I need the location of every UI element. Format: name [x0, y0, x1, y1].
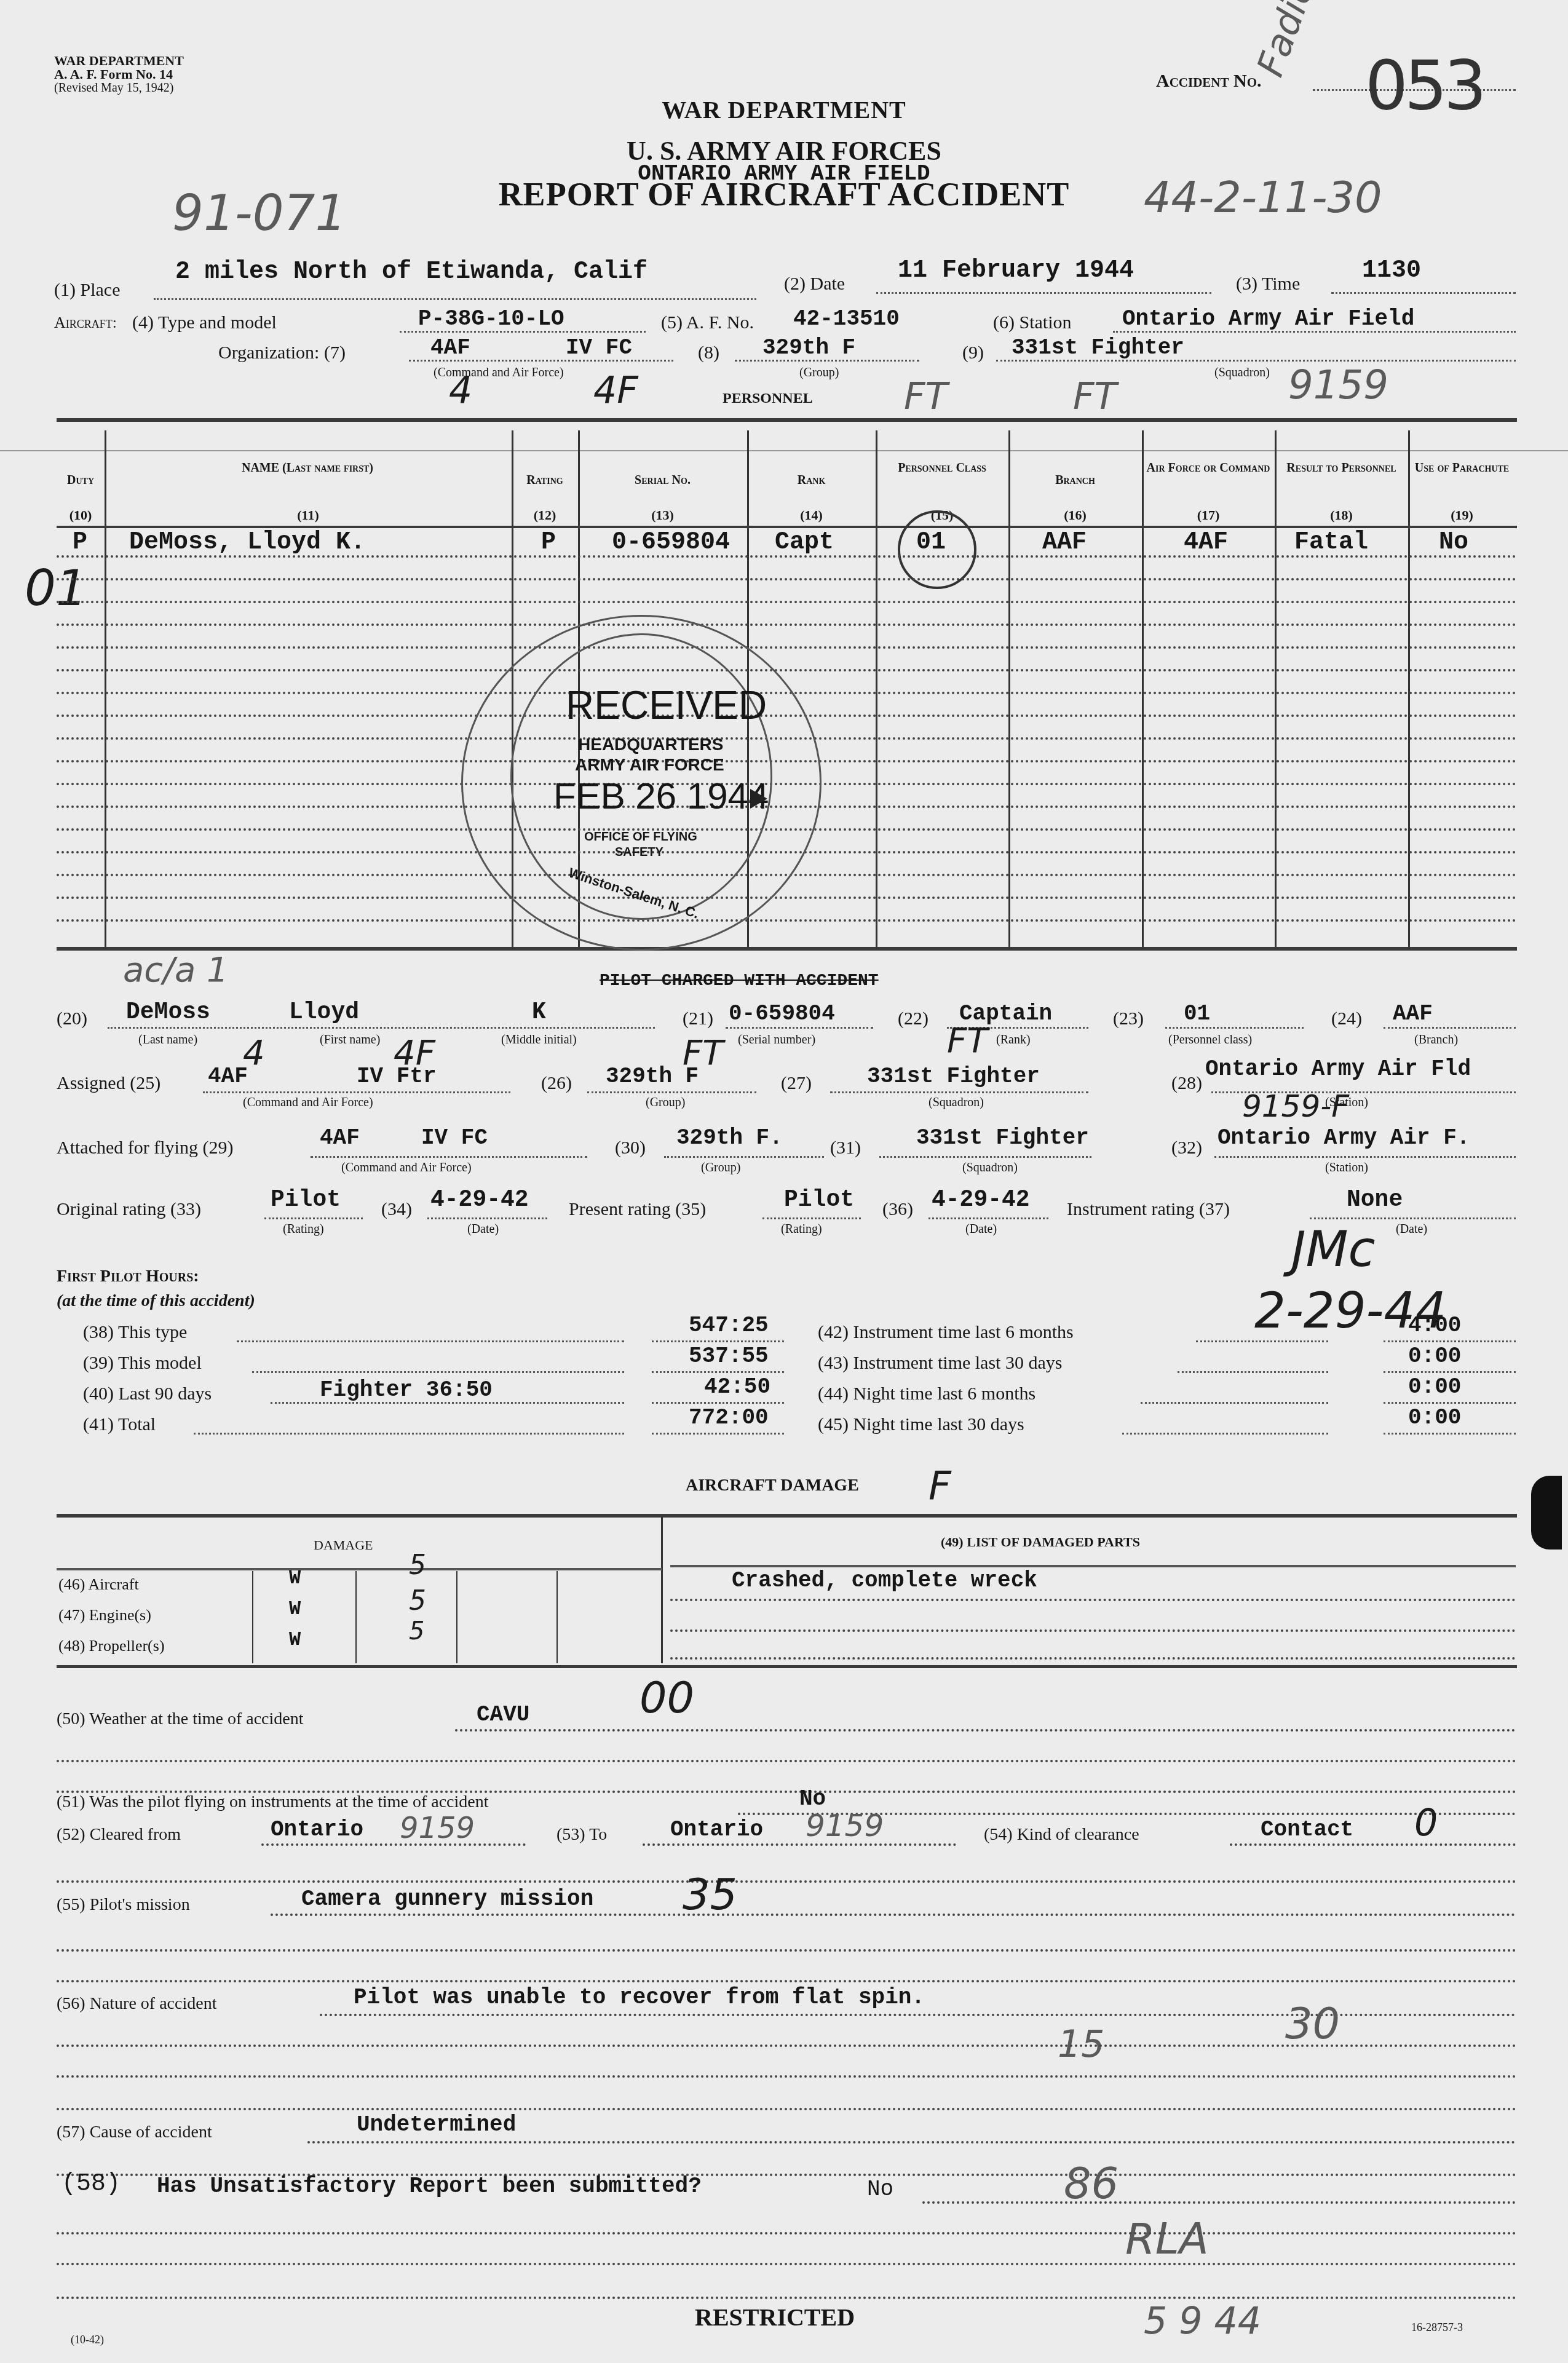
place-value: 2 miles North of Etiwanda, Calif — [175, 258, 647, 286]
col-num-12: (12) — [512, 507, 578, 523]
org-force: IV FC — [566, 335, 632, 360]
col-head-class: Personnel Class — [876, 461, 1008, 475]
title-war-department: WAR DEPARTMENT — [0, 95, 1568, 124]
stamp-office: OFFICE OF FLYING — [584, 830, 697, 844]
col-head-duty: Duty — [57, 473, 105, 487]
attached-station: Ontario Army Air F. — [1218, 1125, 1470, 1150]
hours-line — [1196, 1340, 1328, 1342]
caption-attached-group: (Group) — [701, 1161, 740, 1175]
col-num-18: (18) — [1275, 507, 1408, 523]
hours-line — [1141, 1402, 1328, 1404]
cause-label: (57) Cause of accident — [57, 2123, 212, 2142]
hand-note-right: 44-2-11-30 — [1144, 172, 1382, 223]
group-value: 329th F — [762, 335, 855, 360]
hours-value-line — [652, 1371, 784, 1373]
mission-value: Camera gunnery mission — [301, 1886, 593, 1912]
hours-value-line — [1384, 1433, 1516, 1435]
col-num-11: (11) — [105, 507, 512, 523]
mission-label: (55) Pilot's mission — [57, 1895, 190, 1915]
place-line — [154, 298, 756, 300]
damage-head-rule — [57, 1568, 662, 1570]
pilot-first-name: Lloyd — [289, 999, 359, 1026]
instr-6mo-value: 4:00 — [1408, 1313, 1461, 1338]
orig-rating-line — [264, 1217, 363, 1219]
extra-line-2 — [57, 2263, 1517, 2265]
caption-assigned-command: (Command and Air Force) — [243, 1096, 373, 1110]
cell-branch: AAF — [1042, 529, 1087, 556]
to-label: (53) To — [556, 1825, 607, 1845]
rank-label: (22) — [898, 1008, 929, 1029]
personnel-header-bottom-rule — [57, 526, 1517, 528]
hours-line — [237, 1340, 624, 1342]
present-rating-label: Present rating (35) — [569, 1199, 706, 1220]
hours-this-type-value: 547:25 — [689, 1313, 769, 1338]
hours-total-value: 772:00 — [689, 1405, 769, 1430]
hours-last90-value: 42:50 — [704, 1374, 770, 1399]
nature-line-4 — [57, 2108, 1517, 2110]
mission-line-3 — [57, 1980, 1517, 1982]
caption-instrument-date: (Date) — [1396, 1222, 1427, 1237]
damage-col-line — [355, 1571, 357, 1663]
attached-squadron-line — [879, 1156, 1091, 1158]
org-command: 4AF — [430, 335, 470, 360]
assigned-squadron-label: (27) — [781, 1073, 812, 1094]
pilot-serial: 0-659804 — [729, 1001, 835, 1026]
gpo-code: 16-28757-3 — [1411, 2321, 1463, 2334]
af-no-value: 42-13510 — [793, 306, 900, 331]
col-head-rank: Rank — [747, 473, 876, 487]
caption-present-date: (Date) — [965, 1222, 997, 1237]
assigned-station-label: (28) — [1171, 1073, 1202, 1094]
col-num-19: (19) — [1408, 507, 1516, 523]
pilot-hand-station: 9159-F — [1242, 1088, 1349, 1124]
hours-value-line — [1384, 1402, 1516, 1404]
present-rating: Pilot — [784, 1187, 854, 1213]
night-30d-label: (45) Night time last 30 days — [818, 1414, 1024, 1435]
extra-line-3 — [57, 2297, 1517, 2299]
hours-value-line — [652, 1433, 784, 1435]
parts-line — [670, 1629, 1516, 1632]
to-line — [643, 1843, 956, 1846]
instr-6mo-label: (42) Instrument time last 6 months — [818, 1322, 1074, 1343]
damage-hand-mark: F — [929, 1463, 951, 1509]
clearance-line-2 — [57, 1880, 1517, 1883]
type-model-value: P-38G-10-LO — [418, 306, 564, 331]
nature-line-3 — [57, 2075, 1517, 2078]
assigned-group-line — [587, 1091, 756, 1093]
damage-col-line — [556, 1571, 558, 1663]
date-line — [876, 292, 1211, 294]
hours-value-line — [652, 1402, 784, 1404]
hand-note-left: 91-071 — [172, 184, 346, 242]
stamp-date: FEB 26 1944 — [553, 775, 769, 817]
weather-value: CAVU — [477, 1702, 529, 1727]
nature-line-2 — [57, 2044, 1517, 2047]
damage-bottom-rule — [57, 1665, 1517, 1668]
nature-label: (56) Nature of accident — [57, 1994, 216, 2014]
instrument-rating-line — [1310, 1217, 1516, 1219]
pilot-class: 01 — [1184, 1001, 1210, 1026]
print-code: (10-42) — [71, 2333, 104, 2346]
mission-line — [271, 1914, 1516, 1916]
col-head-branch: Branch — [1008, 473, 1142, 487]
cleared-hand: 9159 — [400, 1811, 475, 1845]
cell-serial: 0-659804 — [612, 529, 730, 556]
damage-aircraft-hand: 5 — [409, 1550, 426, 1581]
parts-head: (49) LIST OF DAMAGED PARTS — [941, 1534, 1140, 1550]
present-rating-line — [762, 1217, 861, 1219]
ur-question: Has Unsatisfactory Report been submitted… — [157, 2174, 702, 2199]
hand-code-9159: 9159 — [1288, 363, 1388, 408]
instr-30d-value: 0:00 — [1408, 1344, 1461, 1369]
caption-assigned-group: (Group) — [646, 1096, 685, 1110]
cell-rank: Capt — [775, 529, 834, 556]
attached-group: 329th F. — [676, 1125, 783, 1150]
col-num-17: (17) — [1142, 507, 1275, 523]
table-row-line — [57, 601, 1517, 603]
pilot-hand-4f: 4F — [394, 1033, 435, 1073]
branch-line — [1384, 1027, 1516, 1029]
damage-head: DAMAGE — [314, 1537, 373, 1553]
present-date-label: (36) — [882, 1199, 913, 1220]
place-label: (1) Place — [54, 280, 120, 301]
hours-line — [252, 1371, 624, 1373]
caption-serial: (Serial number) — [738, 1033, 815, 1047]
hours-title: First Pilot Hours: — [57, 1267, 199, 1286]
col-num-13: (13) — [578, 507, 747, 523]
orig-date: 4-29-42 — [430, 1187, 529, 1213]
caption-attached-command: (Command and Air Force) — [341, 1161, 472, 1175]
cause-line — [307, 2141, 1516, 2143]
pilot-hand-ft-1: FT — [683, 1033, 723, 1073]
form-dept: WAR DEPARTMENT — [54, 54, 184, 68]
serial-label: (21) — [683, 1008, 713, 1029]
form-number: A. A. F. Form No. 14 — [54, 68, 184, 81]
caption-orig-date: (Date) — [467, 1222, 499, 1237]
damage-title: AIRCRAFT DAMAGE — [686, 1476, 859, 1495]
cell-duty: P — [73, 529, 87, 556]
hours-this-model-label: (39) This model — [83, 1353, 202, 1374]
instrument-rating: None — [1347, 1187, 1403, 1213]
instruments-label: (51) Was the pilot flying on instruments… — [57, 1792, 489, 1812]
group-caption: (Group) — [799, 366, 839, 380]
ur-answer: No — [867, 2177, 893, 2202]
col-head-serial: Serial No. — [578, 473, 747, 487]
assigned-squadron: 331st Fighter — [867, 1064, 1040, 1089]
bottom-hand-date: 5 9 44 — [1144, 2300, 1261, 2343]
pilot-section-title: PILOT CHARGED WITH ACCIDENT — [600, 972, 879, 991]
org-label: Organization: (7) — [218, 342, 346, 363]
col-head-command: Air Force or Command — [1142, 461, 1275, 475]
attached-line — [311, 1156, 587, 1158]
orig-rating: Pilot — [271, 1187, 341, 1213]
form-id-block: WAR DEPARTMENT A. A. F. Form No. 14 (Rev… — [54, 54, 184, 95]
hours-last90-extra: Fighter 36:50 — [320, 1377, 493, 1403]
pilot-branch: AAF — [1393, 1001, 1433, 1026]
caption-rank: (Rank) — [996, 1033, 1031, 1047]
personnel-title: PERSONNEL — [723, 390, 813, 407]
ur-line — [922, 2201, 1516, 2204]
col-num-14: (14) — [747, 507, 876, 523]
class-line — [1165, 1027, 1304, 1029]
damage-propeller-label: (48) Propeller(s) — [58, 1637, 165, 1655]
pilot-hand-note: ac/a 1 — [123, 950, 229, 990]
branch-label: (24) — [1331, 1008, 1362, 1029]
personnel-top-rule — [57, 418, 1517, 422]
attached-station-label: (32) — [1171, 1138, 1202, 1158]
parts-line — [670, 1657, 1516, 1660]
aircraft-label: Aircraft: — [54, 314, 117, 332]
damage-divider — [661, 1516, 663, 1663]
group-label: (8) — [698, 342, 719, 363]
restricted-label: RESTRICTED — [695, 2303, 855, 2332]
extra-line-1 — [57, 2232, 1517, 2234]
attached-squadron: 331st Fighter — [916, 1125, 1089, 1150]
attached-squadron-label: (31) — [830, 1138, 861, 1158]
col-head-result: Result to Personnel — [1275, 461, 1408, 475]
clearance-label: (54) Kind of clearance — [984, 1825, 1139, 1845]
instr-30d-label: (43) Instrument time last 30 days — [818, 1353, 1062, 1374]
hand-code-4: 4 — [449, 369, 472, 412]
received-stamp: RECEIVED HEADQUARTERS ARMY AIR FORCE FEB… — [461, 615, 830, 959]
damage-col-line — [252, 1571, 253, 1663]
col-head-name: NAME (Last name first) — [234, 461, 381, 475]
time-line — [1331, 292, 1516, 294]
class-label: (23) — [1113, 1008, 1144, 1029]
cell-parachute: No — [1439, 529, 1468, 556]
binder-hole — [1531, 1476, 1562, 1550]
stamp-hq: HEADQUARTERS — [578, 735, 723, 754]
caption-attached-station: (Station) — [1325, 1161, 1368, 1175]
damage-propeller-code: W — [289, 1628, 301, 1651]
attached-command: 4AF — [320, 1125, 360, 1150]
hours-last90-label: (40) Last 90 days — [83, 1383, 212, 1404]
date-value: 11 February 1944 — [898, 257, 1134, 285]
col-num-16: (16) — [1008, 507, 1142, 523]
mission-hand: 35 — [683, 1869, 737, 1920]
date-label: (2) Date — [784, 274, 845, 295]
accident-no-label: Accident No. — [1156, 71, 1262, 92]
damage-propeller-hand: 5 — [409, 1617, 424, 1645]
hand-code-ft-1: FT — [904, 375, 948, 418]
parts-head-rule — [670, 1565, 1516, 1567]
parts-line — [670, 1599, 1516, 1601]
caption-assigned-squadron: (Squadron) — [929, 1096, 984, 1110]
pilot-name-line — [108, 1027, 655, 1029]
night-30d-value: 0:00 — [1408, 1405, 1461, 1430]
bottom-hand-86: 86 — [1064, 2158, 1119, 2209]
serial-line — [726, 1027, 873, 1029]
personnel-head-rule — [0, 450, 1568, 451]
ur-label: (58) — [61, 2171, 121, 2198]
hand-note-top: Fadie — [1249, 0, 1324, 82]
type-model-label: (4) Type and model — [132, 312, 277, 333]
assigned-label: Assigned (25) — [57, 1073, 160, 1094]
night-6mo-value: 0:00 — [1408, 1374, 1461, 1399]
cleared-value: Ontario — [271, 1817, 363, 1842]
hours-line — [194, 1433, 624, 1435]
attached-label: Attached for flying (29) — [57, 1138, 233, 1158]
hand-code-4f: 4F — [593, 369, 638, 412]
squadron-value: 331st Fighter — [1012, 335, 1184, 360]
clearance-value: Contact — [1261, 1817, 1353, 1842]
col-head-rating: Rating — [512, 473, 578, 487]
hand-initials: JMc — [1291, 1221, 1376, 1278]
cell-name: DeMoss, Lloyd K. — [129, 529, 365, 556]
mission-line-2 — [57, 1949, 1517, 1952]
caption-middle: (Middle initial) — [501, 1033, 577, 1047]
nature-hand-30: 30 — [1285, 1998, 1340, 2049]
damage-top-rule — [57, 1514, 1517, 1518]
attached-group-label: (30) — [615, 1138, 646, 1158]
to-hand: 9159 — [806, 1808, 884, 1843]
damage-col-line — [456, 1571, 457, 1663]
cell-command: 4AF — [1184, 529, 1228, 556]
caption-branch: (Branch) — [1414, 1033, 1458, 1047]
cleared-line — [261, 1843, 526, 1846]
pilot-last-name: DeMoss — [126, 999, 210, 1026]
night-6mo-label: (44) Night time last 6 months — [818, 1383, 1035, 1404]
squadron-caption: (Squadron) — [1214, 366, 1270, 380]
station-value: Ontario Army Air Field — [1122, 306, 1414, 331]
weather-label: (50) Weather at the time of accident — [57, 1709, 304, 1729]
hours-subtitle: (at the time of this accident) — [57, 1291, 255, 1311]
weather-hand: 00 — [639, 1672, 694, 1723]
damage-aircraft-code: W — [289, 1567, 301, 1589]
time-value: 1130 — [1362, 257, 1421, 285]
pilot-hand-ft-2: FT — [947, 1021, 988, 1061]
weather-line — [455, 1729, 1516, 1732]
attached-force: IV FC — [421, 1125, 488, 1150]
pilot-middle-initial: K — [532, 999, 546, 1026]
pilot-name-label: (20) — [57, 1008, 87, 1029]
cause-value: Undetermined — [357, 2112, 516, 2137]
stamp-safety: SAFETY — [615, 845, 663, 860]
hours-value-line — [1384, 1340, 1516, 1342]
table-row-line — [57, 555, 1517, 558]
damage-aircraft-label: (46) Aircraft — [58, 1575, 139, 1594]
hours-this-type-label: (38) This type — [83, 1322, 187, 1343]
caption-first: (First name) — [320, 1033, 380, 1047]
stamp-arrow-icon — [750, 789, 767, 809]
station-label: (6) Station — [993, 312, 1072, 333]
time-label: (3) Time — [1236, 274, 1300, 295]
col-head-parachute: Use of Parachute — [1408, 461, 1516, 475]
stamp-received: RECEIVED — [566, 683, 767, 728]
assigned-station: Ontario Army Air Fld — [1205, 1056, 1471, 1082]
col-num-10: (10) — [57, 507, 105, 523]
caption-last: (Last name) — [138, 1033, 197, 1047]
instrument-rating-label: Instrument rating (37) — [1067, 1199, 1230, 1220]
hours-this-model-value: 537:55 — [689, 1344, 769, 1369]
hours-value-line — [652, 1340, 784, 1342]
attached-group-line — [664, 1156, 824, 1158]
clearance-hand: 0 — [1414, 1802, 1438, 1845]
orig-date-line — [427, 1217, 547, 1219]
stamp-aaf: ARMY AIR FORCE — [575, 755, 724, 775]
damage-engine-code: W — [289, 1597, 301, 1620]
attached-station-line — [1214, 1156, 1516, 1158]
class-circle-mark — [898, 510, 976, 589]
damaged-parts-text: Crashed, complete wreck — [732, 1568, 1037, 1593]
to-value: Ontario — [670, 1817, 763, 1842]
present-date: 4-29-42 — [932, 1187, 1030, 1213]
cleared-label: (52) Cleared from — [57, 1825, 181, 1845]
cell-rating: P — [541, 529, 556, 556]
weather-line-2 — [57, 1760, 1517, 1762]
caption-orig-rating: (Rating) — [283, 1222, 324, 1237]
caption-present-rating: (Rating) — [781, 1222, 822, 1237]
hours-line — [1122, 1433, 1328, 1435]
hours-total-label: (41) Total — [83, 1414, 156, 1435]
nature-value: Pilot was unable to recover from flat sp… — [354, 1985, 925, 2010]
assigned-line — [203, 1091, 510, 1093]
bottom-hand-initials: RLA — [1125, 2214, 1209, 2264]
clearance-line — [1230, 1843, 1516, 1846]
present-date-line — [929, 1217, 1048, 1219]
personnel-margin-note: 01 — [25, 560, 87, 617]
squadron-label: (9) — [962, 342, 984, 363]
orig-date-label: (34) — [381, 1199, 412, 1220]
caption-class: (Personnel class) — [1168, 1033, 1252, 1047]
assigned-group-label: (26) — [541, 1073, 572, 1094]
damage-engine-hand: 5 — [409, 1585, 426, 1617]
cell-result: Fatal — [1294, 529, 1368, 556]
pilot-hand-4: 4 — [243, 1033, 265, 1073]
table-row-line — [57, 578, 1517, 580]
hand-code-ft-2: FT — [1073, 375, 1117, 418]
assigned-squadron-line — [830, 1091, 1088, 1093]
hours-value-line — [1384, 1371, 1516, 1373]
assigned-command: 4AF — [208, 1064, 248, 1089]
damage-engine-label: (47) Engine(s) — [58, 1606, 151, 1625]
orig-rating-label: Original rating (33) — [57, 1199, 201, 1220]
af-no-label: (5) A. F. No. — [661, 312, 754, 333]
hours-line — [1178, 1371, 1328, 1373]
caption-attached-squadron: (Squadron) — [962, 1161, 1018, 1175]
form-revised: (Revised May 15, 1942) — [54, 81, 184, 95]
